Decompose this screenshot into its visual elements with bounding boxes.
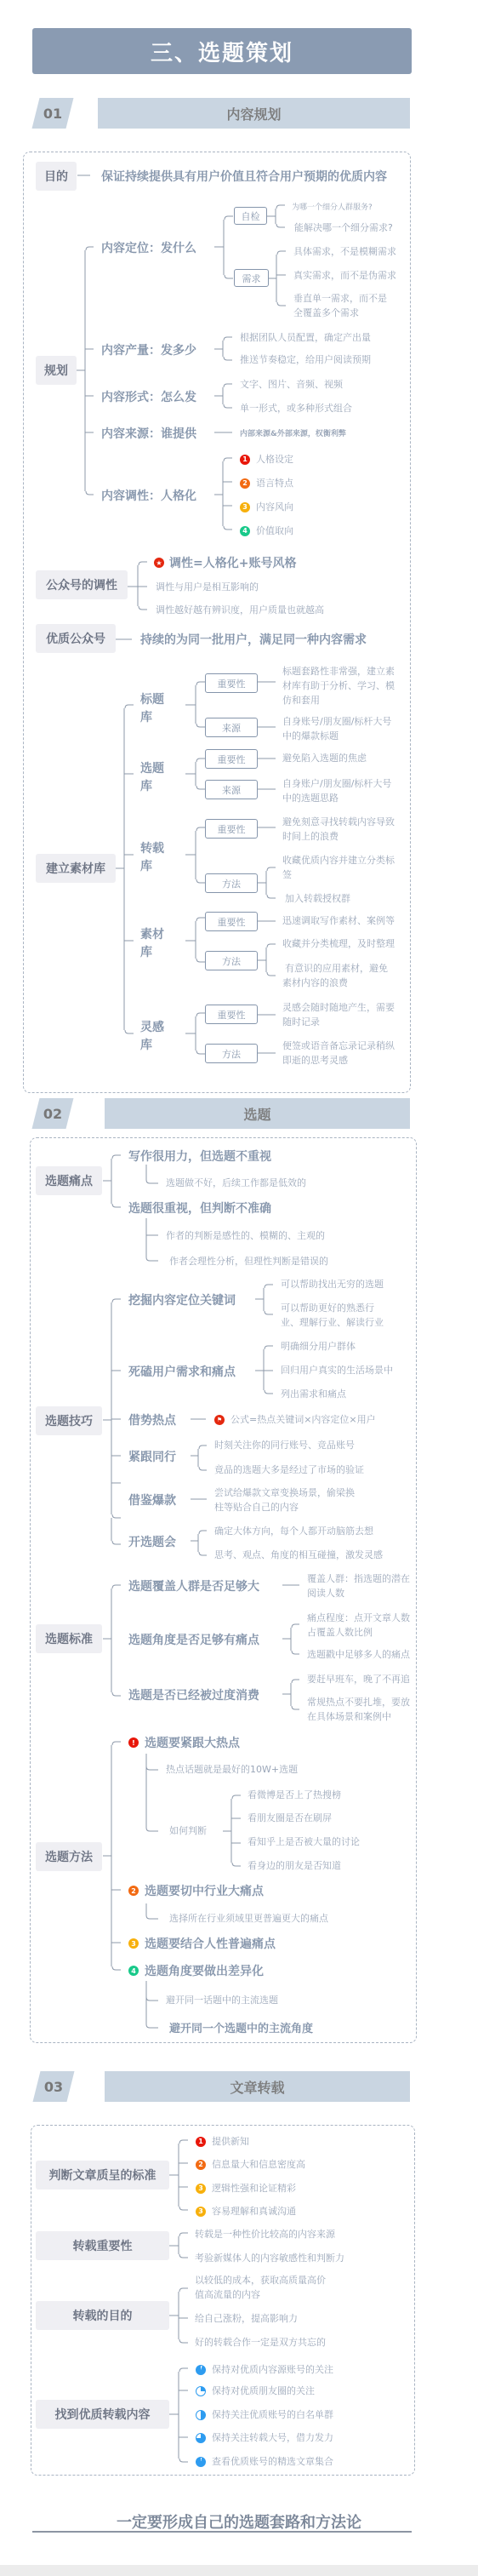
page-title: 三、选题策划 [151, 36, 293, 67]
output-item: 根据团队人员配置，确定产出量 [240, 330, 371, 345]
purpose-item: 给自己涨粉，提高影响力 [195, 2311, 298, 2326]
number-badge-icon: 3 [196, 2207, 206, 2217]
standard-item: 选题覆盖人群是否足够大 [128, 1577, 259, 1594]
library-material: 素材库 [140, 926, 164, 962]
node-account-tonality: 公众号的调性 [36, 570, 128, 599]
progress-pie-icon [196, 2457, 206, 2467]
skill-sub: ⚑公式=热点关键词×内容定位×用户 [214, 1412, 376, 1427]
skill-item: 开选题会 [128, 1533, 176, 1550]
number-badge-icon: 4 [240, 526, 250, 536]
tone-item-2: 2语言特点 [240, 476, 293, 490]
method-sub: 避开同一个选题中的主流角度 [169, 2019, 313, 2035]
tonality-item: 调性与用户是相互影响的 [156, 580, 259, 594]
skill-sub: 尝试给爆款文章变换场景，偷梁换柱等贴合自己的内容 [214, 1485, 355, 1514]
tone-item-1: 1人格设定 [240, 452, 293, 467]
standard-item: 选题是否已经被过度消费 [128, 1686, 259, 1703]
node-content-tone: 内容调性：人格化 [101, 487, 196, 504]
skill-sub: 明确细分用户群体 [281, 1339, 356, 1354]
number-badge-icon: 4 [128, 1966, 139, 1976]
source-text: 内部来源&外部来源，权衡利弊 [240, 427, 346, 438]
library-title: 标题库 [140, 691, 164, 727]
pain-a: 写作很用力，但选题不重视 [128, 1148, 271, 1165]
judge-item: 看微博是否上了热搜榜 [248, 1788, 341, 1802]
number-badge-icon: 3 [240, 502, 250, 512]
tag-demand: 需求 [234, 269, 269, 287]
number-badge-icon: 2 [128, 1886, 139, 1896]
section-title-topic: 选题 [105, 1098, 410, 1129]
library-topic: 选题库 [140, 760, 164, 796]
progress-pie-icon [196, 2410, 206, 2420]
library-note: 收藏并分类梳理，及时整理 [282, 936, 395, 951]
number-badge-icon: 1 [196, 2137, 206, 2147]
skill-sub: 业、理解行业、解读行业 [281, 1315, 384, 1330]
skill-sub: 时刻关注你的同行账号、竞品账号 [214, 1438, 355, 1452]
judge-item: 看朋友圈是否在刷屏 [248, 1811, 332, 1825]
find-item: 查看优质账号的精选文章集合 [196, 2454, 333, 2469]
importance-item: 考验新媒体人的内容敏感性和判断力 [195, 2251, 344, 2265]
standard-sub: 痛点程度：点开文章人数占覆盖人数比例 [307, 1611, 410, 1640]
node-article-quality: 判断文章质呈的标准 [36, 2161, 169, 2190]
node-repost-purpose: 转载的目的 [36, 2301, 169, 2330]
node-purpose: 目的 [36, 162, 77, 191]
quality-item: 1提供新知 [196, 2134, 249, 2149]
selfcheck-item: 为哪一个细分人群服务? [292, 201, 373, 212]
progress-pie-icon [196, 2433, 206, 2443]
flag-icon: ⚑ [214, 1415, 225, 1425]
page-title-banner: 三、选题策划 [32, 28, 412, 74]
standard-sub: 覆盖人群：指选题的潜在阅读人数 [307, 1571, 410, 1600]
tag-method: 方法 [205, 1044, 258, 1063]
section-title-content-planning: 内容规划 [98, 98, 410, 129]
library-note: 便签或语音备忘录记录稍纵即逝的思考灵感 [282, 1039, 417, 1068]
number-badge-icon: 2 [196, 2160, 206, 2170]
tag-method: 方法 [205, 873, 258, 893]
standard-sub: 要赶早班车，晚了不再追 [307, 1672, 410, 1686]
tag-source: 来源 [205, 780, 258, 799]
skill-sub: 思考、观点、角度的相互碰撞，激发灵感 [214, 1548, 383, 1562]
tag-method: 方法 [205, 951, 258, 970]
star-icon: ★ [154, 558, 164, 568]
library-note: 避免陷入选题的焦虑 [282, 751, 367, 765]
skill-sub: 可以帮助更好的熟悉行 [281, 1301, 374, 1315]
node-topic-skills: 选题技巧 [36, 1406, 102, 1435]
purpose-item: 好的转载合作一定是双方共忘的 [195, 2335, 326, 2350]
library-note: 自身账户/朋友圈/标杆大号中的选题思路 [282, 776, 417, 805]
tag-selfcheck: 自检 [234, 207, 267, 225]
tonality-item: 调性越好越有辨识度，用户质量也就越高 [156, 603, 324, 617]
quality-item: 3逻辑性强和论证精彩 [196, 2181, 296, 2195]
tag-importance: 重要性 [205, 673, 258, 693]
progress-pie-icon [196, 2386, 206, 2396]
library-note: 灵感会随时随地产生，需要随时记录 [282, 1000, 417, 1029]
section-number-02: 02 [32, 1098, 74, 1129]
node-topic-standard: 选题标准 [36, 1624, 102, 1653]
tag-importance: 重要性 [205, 749, 258, 769]
number-badge-icon: 3 [128, 1938, 139, 1949]
node-planning: 规划 [36, 356, 77, 385]
skill-item: 借势热点 [128, 1411, 176, 1428]
skill-item: 挖掘内容定位关键词 [128, 1291, 236, 1308]
tone-item-4: 4价值取向 [240, 524, 293, 538]
section-title-reposting: 文章转载 [105, 2071, 410, 2102]
purpose-item: 以较低的成本，获取高质量高价值高流量的内容 [195, 2273, 326, 2302]
tag-importance: 重要性 [205, 912, 258, 931]
node-build-library: 建立素材库 [36, 854, 116, 883]
library-note: 有意识的应用素材，避免素材内容的浪费 [282, 961, 417, 990]
library-note: 迅速调取写作素材、案例等 [282, 913, 395, 928]
form-item: 单一形式，或多种形式组合 [240, 401, 352, 415]
skill-item: 死磕用户需求和痛点 [128, 1363, 236, 1380]
find-item: 保持关注转载大号，借力发力 [196, 2430, 333, 2445]
node-topic-pain: 选题痛点 [36, 1166, 102, 1195]
node-content-form: 内容形式：怎么发 [101, 388, 196, 405]
demand-item: 具体需求，不是模糊需求 [293, 244, 396, 259]
alert-icon: ! [128, 1737, 139, 1748]
demand-item: 垂直单一需求，而不是 [293, 291, 387, 306]
number-badge-icon: 1 [240, 455, 250, 465]
section-number-01: 01 [32, 98, 74, 129]
library-note: 避免刻意寻找转载内容导致时间上的浪费 [282, 815, 417, 844]
find-item: 保持关注优质账号的白名单群 [196, 2407, 333, 2422]
skill-item: 紧跟同行 [128, 1448, 176, 1465]
library-note: 标题套路性非常强，建立素材库有助于分析、学习、模仿和套用 [282, 664, 417, 707]
judge-item: 看身边的朋友是否知道 [248, 1858, 341, 1873]
library-note: 收藏优质内容并建立分类标签 [282, 853, 417, 882]
node-topic-method: 选题方法 [36, 1842, 102, 1871]
quality-item: 2信息量大和信息密度高 [196, 2157, 305, 2172]
standard-sub: 选题戳中足够多人的痛点 [307, 1647, 410, 1662]
output-item: 推送节奏稳定，给用户阅读预期 [240, 352, 371, 367]
library-repost: 转载库 [140, 840, 164, 876]
demand-item: 全覆盖多个需求 [293, 306, 359, 320]
node-find-quality-reposts: 找到优质转载内容 [36, 2400, 169, 2429]
pain-b-sub: 作者会理性分析，但理性判断是错误的 [169, 1254, 328, 1268]
footer-underline [32, 2531, 412, 2533]
tonality-formula: ★调性=人格化+账号风格 [154, 554, 296, 571]
quality-text: 持续的为同一批用户，满足同一种内容需求 [140, 631, 367, 648]
quality-item: 3容易理解和真诚沟通 [196, 2204, 296, 2218]
method-sub: 热点话题就是最好的10W+选题 [166, 1762, 298, 1777]
method-3: 3选题要结合人性普遍痛点 [128, 1935, 276, 1952]
library-inspiration: 灵感库 [140, 1019, 164, 1055]
tag-source: 来源 [205, 718, 258, 737]
skill-sub: 回归用户真实的生活场景中 [281, 1363, 393, 1377]
number-badge-icon: 3 [196, 2184, 206, 2194]
node-content-output: 内容产量：发多少 [101, 341, 196, 358]
find-item: 保持对优质内容源账号的关注 [196, 2362, 333, 2377]
section-number-03: 03 [33, 2071, 75, 2102]
number-badge-icon: 2 [240, 478, 250, 489]
find-item: 保持对优质朋友圈的关注 [196, 2384, 315, 2398]
tag-importance: 重要性 [205, 1005, 258, 1024]
skill-sub: 竟品的选题大多是经过了市场的验证 [214, 1463, 364, 1477]
method-1: !选题要紧跟大热点 [128, 1734, 240, 1751]
demand-item: 真实需求，而不是伪需求 [293, 268, 396, 283]
standard-sub: 常规热点不要扎堆，要放在具体场景和案例中 [307, 1695, 410, 1724]
form-item: 文字、图片、音频、视频 [240, 377, 343, 392]
progress-pie-icon [196, 2365, 206, 2375]
tag-importance: 重要性 [205, 819, 258, 839]
skill-sub: 列出需求和痛点 [281, 1387, 346, 1401]
node-quality-account: 优质公众号 [36, 624, 116, 653]
method-sub: 选择所在行业须域里更普遍更大的痛点 [169, 1911, 328, 1926]
pain-a-sub: 选题做不好，后续工作都是低效的 [166, 1176, 306, 1190]
method-sub: 避开同一话题中的主流选题 [166, 1993, 278, 2007]
importance-item: 转载是一种性价比较高的内容来源 [195, 2227, 335, 2241]
bottom-band [0, 2565, 478, 2576]
method-2: 2选题要切中行业大痛点 [128, 1882, 264, 1899]
skill-sub: 确定大体方向，每个人都开动脑筋去想 [214, 1524, 373, 1538]
method-4: 4选题角度要做出差异化 [128, 1962, 264, 1979]
method-judge: 如何判断 [169, 1823, 207, 1838]
pain-b: 选题很重视，但判断不准确 [128, 1199, 271, 1216]
library-note: 自身账号/朋友圈/标杆大号中的爆款标题 [282, 714, 417, 743]
library-note: 加入转载授权群 [285, 891, 350, 906]
purpose-text: 保证持续提供具有用户价值且符合用户预期的优质内容 [101, 168, 387, 185]
selfcheck-item: 能解决哪一个细分需求? [294, 220, 393, 235]
node-repost-importance: 转载重要性 [36, 2231, 169, 2260]
standard-item: 选题角度是否足够有痛点 [128, 1631, 259, 1648]
skill-item: 借鉴爆款 [128, 1491, 176, 1508]
skill-sub: 可以帮助找出无穷的选题 [281, 1277, 384, 1291]
pain-b-sub: 作者的判断是感性的、模糊的、主观的 [166, 1228, 325, 1243]
judge-item: 看知乎上是否被大量的讨论 [248, 1835, 360, 1849]
tone-item-3: 3内容风向 [240, 500, 293, 514]
node-content-source: 内容来源：谁提供 [101, 425, 196, 442]
footer-conclusion: 一定要形成自己的选题套路和方法论 [0, 2510, 478, 2533]
node-content-positioning: 内容定位：发什么 [101, 239, 196, 256]
